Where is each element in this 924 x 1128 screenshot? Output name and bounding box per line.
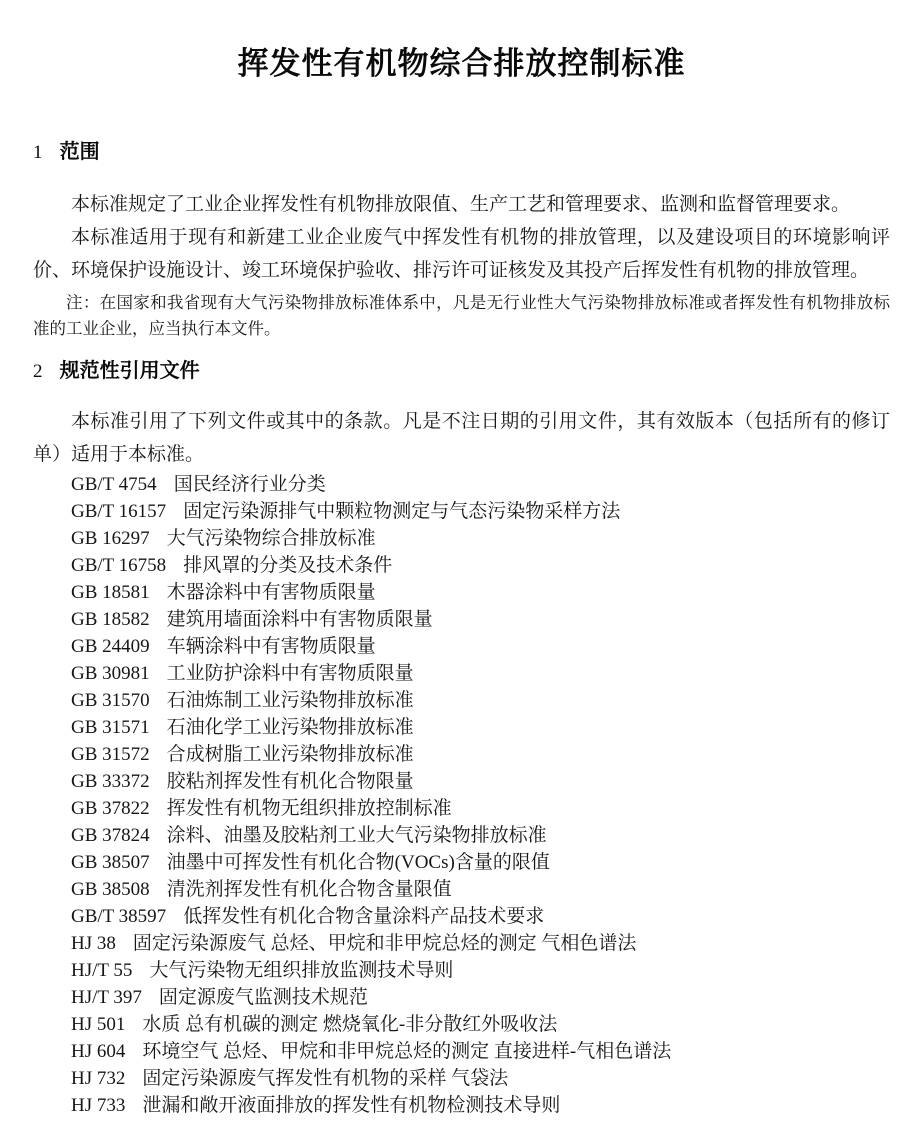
reference-item: GB 38507油墨中可挥发性有机化合物(VOCs)含量的限值 bbox=[33, 849, 890, 876]
reference-title: 低挥发性有机化合物含量涂料产品技术要求 bbox=[183, 906, 544, 927]
reference-title: 环境空气 总烃、甲烷和非甲烷总烃的测定 直接进样-气相色谱法 bbox=[142, 1041, 671, 1062]
reference-title: 排风罩的分类及技术条件 bbox=[183, 555, 392, 576]
reference-item: GB 38508清洗剂挥发性有机化合物含量限值 bbox=[33, 876, 890, 903]
section-1-heading-text: 范围 bbox=[60, 141, 100, 163]
reference-item: GB 37822挥发性有机物无组织排放控制标准 bbox=[33, 795, 890, 822]
reference-title: 建筑用墙面涂料中有害物质限量 bbox=[167, 609, 433, 630]
reference-code: GB 38508 bbox=[71, 876, 150, 903]
reference-code: GB/T 4754 bbox=[71, 471, 157, 498]
reference-code: GB 31571 bbox=[71, 714, 150, 741]
reference-code: HJ 732 bbox=[71, 1065, 125, 1092]
reference-item: GB 33372胶粘剂挥发性有机化合物限量 bbox=[33, 768, 890, 795]
reference-code: GB 18582 bbox=[71, 606, 150, 633]
reference-item: GB 31572合成树脂工业污染物排放标准 bbox=[33, 741, 890, 768]
reference-item: GB 31570石油炼制工业污染物排放标准 bbox=[33, 687, 890, 714]
reference-item: HJ 733泄漏和敞开液面排放的挥发性有机物检测技术导则 bbox=[33, 1092, 890, 1119]
reference-code: HJ 604 bbox=[71, 1038, 125, 1065]
reference-item: GB 16297大气污染物综合排放标准 bbox=[33, 525, 890, 552]
reference-list: GB/T 4754国民经济行业分类 GB/T 16157固定污染源排气中颗粒物测… bbox=[33, 471, 890, 1119]
reference-title: 胶粘剂挥发性有机化合物限量 bbox=[167, 771, 414, 792]
reference-item: GB 30981工业防护涂料中有害物质限量 bbox=[33, 660, 890, 687]
reference-title: 油墨中可挥发性有机化合物(VOCs)含量的限值 bbox=[167, 852, 550, 873]
reference-title: 固定污染源废气挥发性有机物的采样 气袋法 bbox=[142, 1068, 508, 1089]
scope-paragraph-1: 本标准规定了工业企业挥发性有机物排放限值、生产工艺和管理要求、监测和监督管理要求… bbox=[33, 188, 890, 221]
reference-item: GB/T 38597低挥发性有机化合物含量涂料产品技术要求 bbox=[33, 903, 890, 930]
reference-item: GB/T 16758排风罩的分类及技术条件 bbox=[33, 552, 890, 579]
reference-title: 水质 总有机碳的测定 燃烧氧化-非分散红外吸收法 bbox=[142, 1014, 557, 1035]
scope-note: 注：在国家和我省现有大气污染物排放标准体系中，凡是无行业性大气污染物排放标准或者… bbox=[33, 290, 890, 342]
section-1-number: 1 bbox=[33, 139, 43, 167]
reference-title: 挥发性有机物无组织排放控制标准 bbox=[167, 798, 452, 819]
reference-title: 固定污染源废气 总烃、甲烷和非甲烷总烃的测定 气相色谱法 bbox=[133, 933, 637, 954]
reference-code: GB 16297 bbox=[71, 525, 150, 552]
reference-code: HJ 733 bbox=[71, 1092, 125, 1119]
section-1-body: 本标准规定了工业企业挥发性有机物排放限值、生产工艺和管理要求、监测和监督管理要求… bbox=[33, 188, 890, 342]
reference-code: HJ 501 bbox=[71, 1011, 125, 1038]
reference-item: GB 18582建筑用墙面涂料中有害物质限量 bbox=[33, 606, 890, 633]
reference-code: HJ/T 397 bbox=[71, 984, 142, 1011]
reference-title: 合成树脂工业污染物排放标准 bbox=[167, 744, 414, 765]
reference-title: 涂料、油墨及胶粘剂工业大气污染物排放标准 bbox=[167, 825, 547, 846]
reference-code: GB 18581 bbox=[71, 579, 150, 606]
reference-title: 泄漏和敞开液面排放的挥发性有机物检测技术导则 bbox=[142, 1095, 560, 1116]
section-1-heading: 1范围 bbox=[33, 138, 890, 167]
section-2-number: 2 bbox=[33, 358, 43, 386]
reference-item: GB/T 16157固定污染源排气中颗粒物测定与气态污染物采样方法 bbox=[33, 498, 890, 525]
reference-item: GB 37824涂料、油墨及胶粘剂工业大气污染物排放标准 bbox=[33, 822, 890, 849]
reference-code: GB/T 38597 bbox=[71, 903, 166, 930]
reference-code: GB 30981 bbox=[71, 660, 150, 687]
section-scope: 1范围 本标准规定了工业企业挥发性有机物排放限值、生产工艺和管理要求、监测和监督… bbox=[33, 138, 890, 342]
reference-title: 清洗剂挥发性有机化合物含量限值 bbox=[167, 879, 452, 900]
reference-title: 固定源废气监测技术规范 bbox=[159, 987, 368, 1008]
reference-item: GB 24409车辆涂料中有害物质限量 bbox=[33, 633, 890, 660]
reference-item: HJ/T 55大气污染物无组织排放监测技术导则 bbox=[33, 957, 890, 984]
scope-paragraph-2: 本标准适用于现有和新建工业企业废气中挥发性有机物的排放管理，以及建设项目的环境影… bbox=[33, 221, 890, 287]
document-page: 挥发性有机物综合排放控制标准 1范围 本标准规定了工业企业挥发性有机物排放限值、… bbox=[0, 0, 924, 1128]
references-intro-paragraph: 本标准引用了下列文件或其中的条款。凡是不注日期的引用文件，其有效版本（包括所有的… bbox=[33, 405, 890, 471]
reference-item: GB/T 4754国民经济行业分类 bbox=[33, 471, 890, 498]
reference-item: HJ 38固定污染源废气 总烃、甲烷和非甲烷总烃的测定 气相色谱法 bbox=[33, 930, 890, 957]
reference-item: HJ 732固定污染源废气挥发性有机物的采样 气袋法 bbox=[33, 1065, 890, 1092]
reference-code: GB 24409 bbox=[71, 633, 150, 660]
reference-title: 大气污染物综合排放标准 bbox=[167, 528, 376, 549]
section-2-body: 本标准引用了下列文件或其中的条款。凡是不注日期的引用文件，其有效版本（包括所有的… bbox=[33, 405, 890, 1119]
reference-code: GB 38507 bbox=[71, 849, 150, 876]
reference-code: HJ/T 55 bbox=[71, 957, 132, 984]
document-title: 挥发性有机物综合排放控制标准 bbox=[33, 38, 890, 84]
reference-code: GB/T 16157 bbox=[71, 498, 166, 525]
reference-code: HJ 38 bbox=[71, 930, 116, 957]
reference-code: GB 33372 bbox=[71, 768, 150, 795]
reference-title: 木器涂料中有害物质限量 bbox=[167, 582, 376, 603]
reference-code: GB 37824 bbox=[71, 822, 150, 849]
reference-title: 工业防护涂料中有害物质限量 bbox=[167, 663, 414, 684]
reference-title: 固定污染源排气中颗粒物测定与气态污染物采样方法 bbox=[183, 501, 620, 522]
reference-code: GB 31572 bbox=[71, 741, 150, 768]
reference-item: GB 18581木器涂料中有害物质限量 bbox=[33, 579, 890, 606]
reference-code: GB/T 16758 bbox=[71, 552, 166, 579]
section-2-heading: 2规范性引用文件 bbox=[33, 357, 890, 386]
reference-item: GB 31571石油化学工业污染物排放标准 bbox=[33, 714, 890, 741]
reference-code: GB 37822 bbox=[71, 795, 150, 822]
section-2-heading-text: 规范性引用文件 bbox=[60, 360, 200, 382]
reference-item: HJ 501水质 总有机碳的测定 燃烧氧化-非分散红外吸收法 bbox=[33, 1011, 890, 1038]
reference-title: 车辆涂料中有害物质限量 bbox=[167, 636, 376, 657]
reference-title: 国民经济行业分类 bbox=[174, 474, 326, 495]
reference-item: HJ 604环境空气 总烃、甲烷和非甲烷总烃的测定 直接进样-气相色谱法 bbox=[33, 1038, 890, 1065]
reference-code: GB 31570 bbox=[71, 687, 150, 714]
reference-title: 石油炼制工业污染物排放标准 bbox=[167, 690, 414, 711]
reference-item: HJ/T 397固定源废气监测技术规范 bbox=[33, 984, 890, 1011]
reference-title: 石油化学工业污染物排放标准 bbox=[167, 717, 414, 738]
section-normative-references: 2规范性引用文件 本标准引用了下列文件或其中的条款。凡是不注日期的引用文件，其有… bbox=[33, 357, 890, 1119]
reference-title: 大气污染物无组织排放监测技术导则 bbox=[149, 960, 453, 981]
